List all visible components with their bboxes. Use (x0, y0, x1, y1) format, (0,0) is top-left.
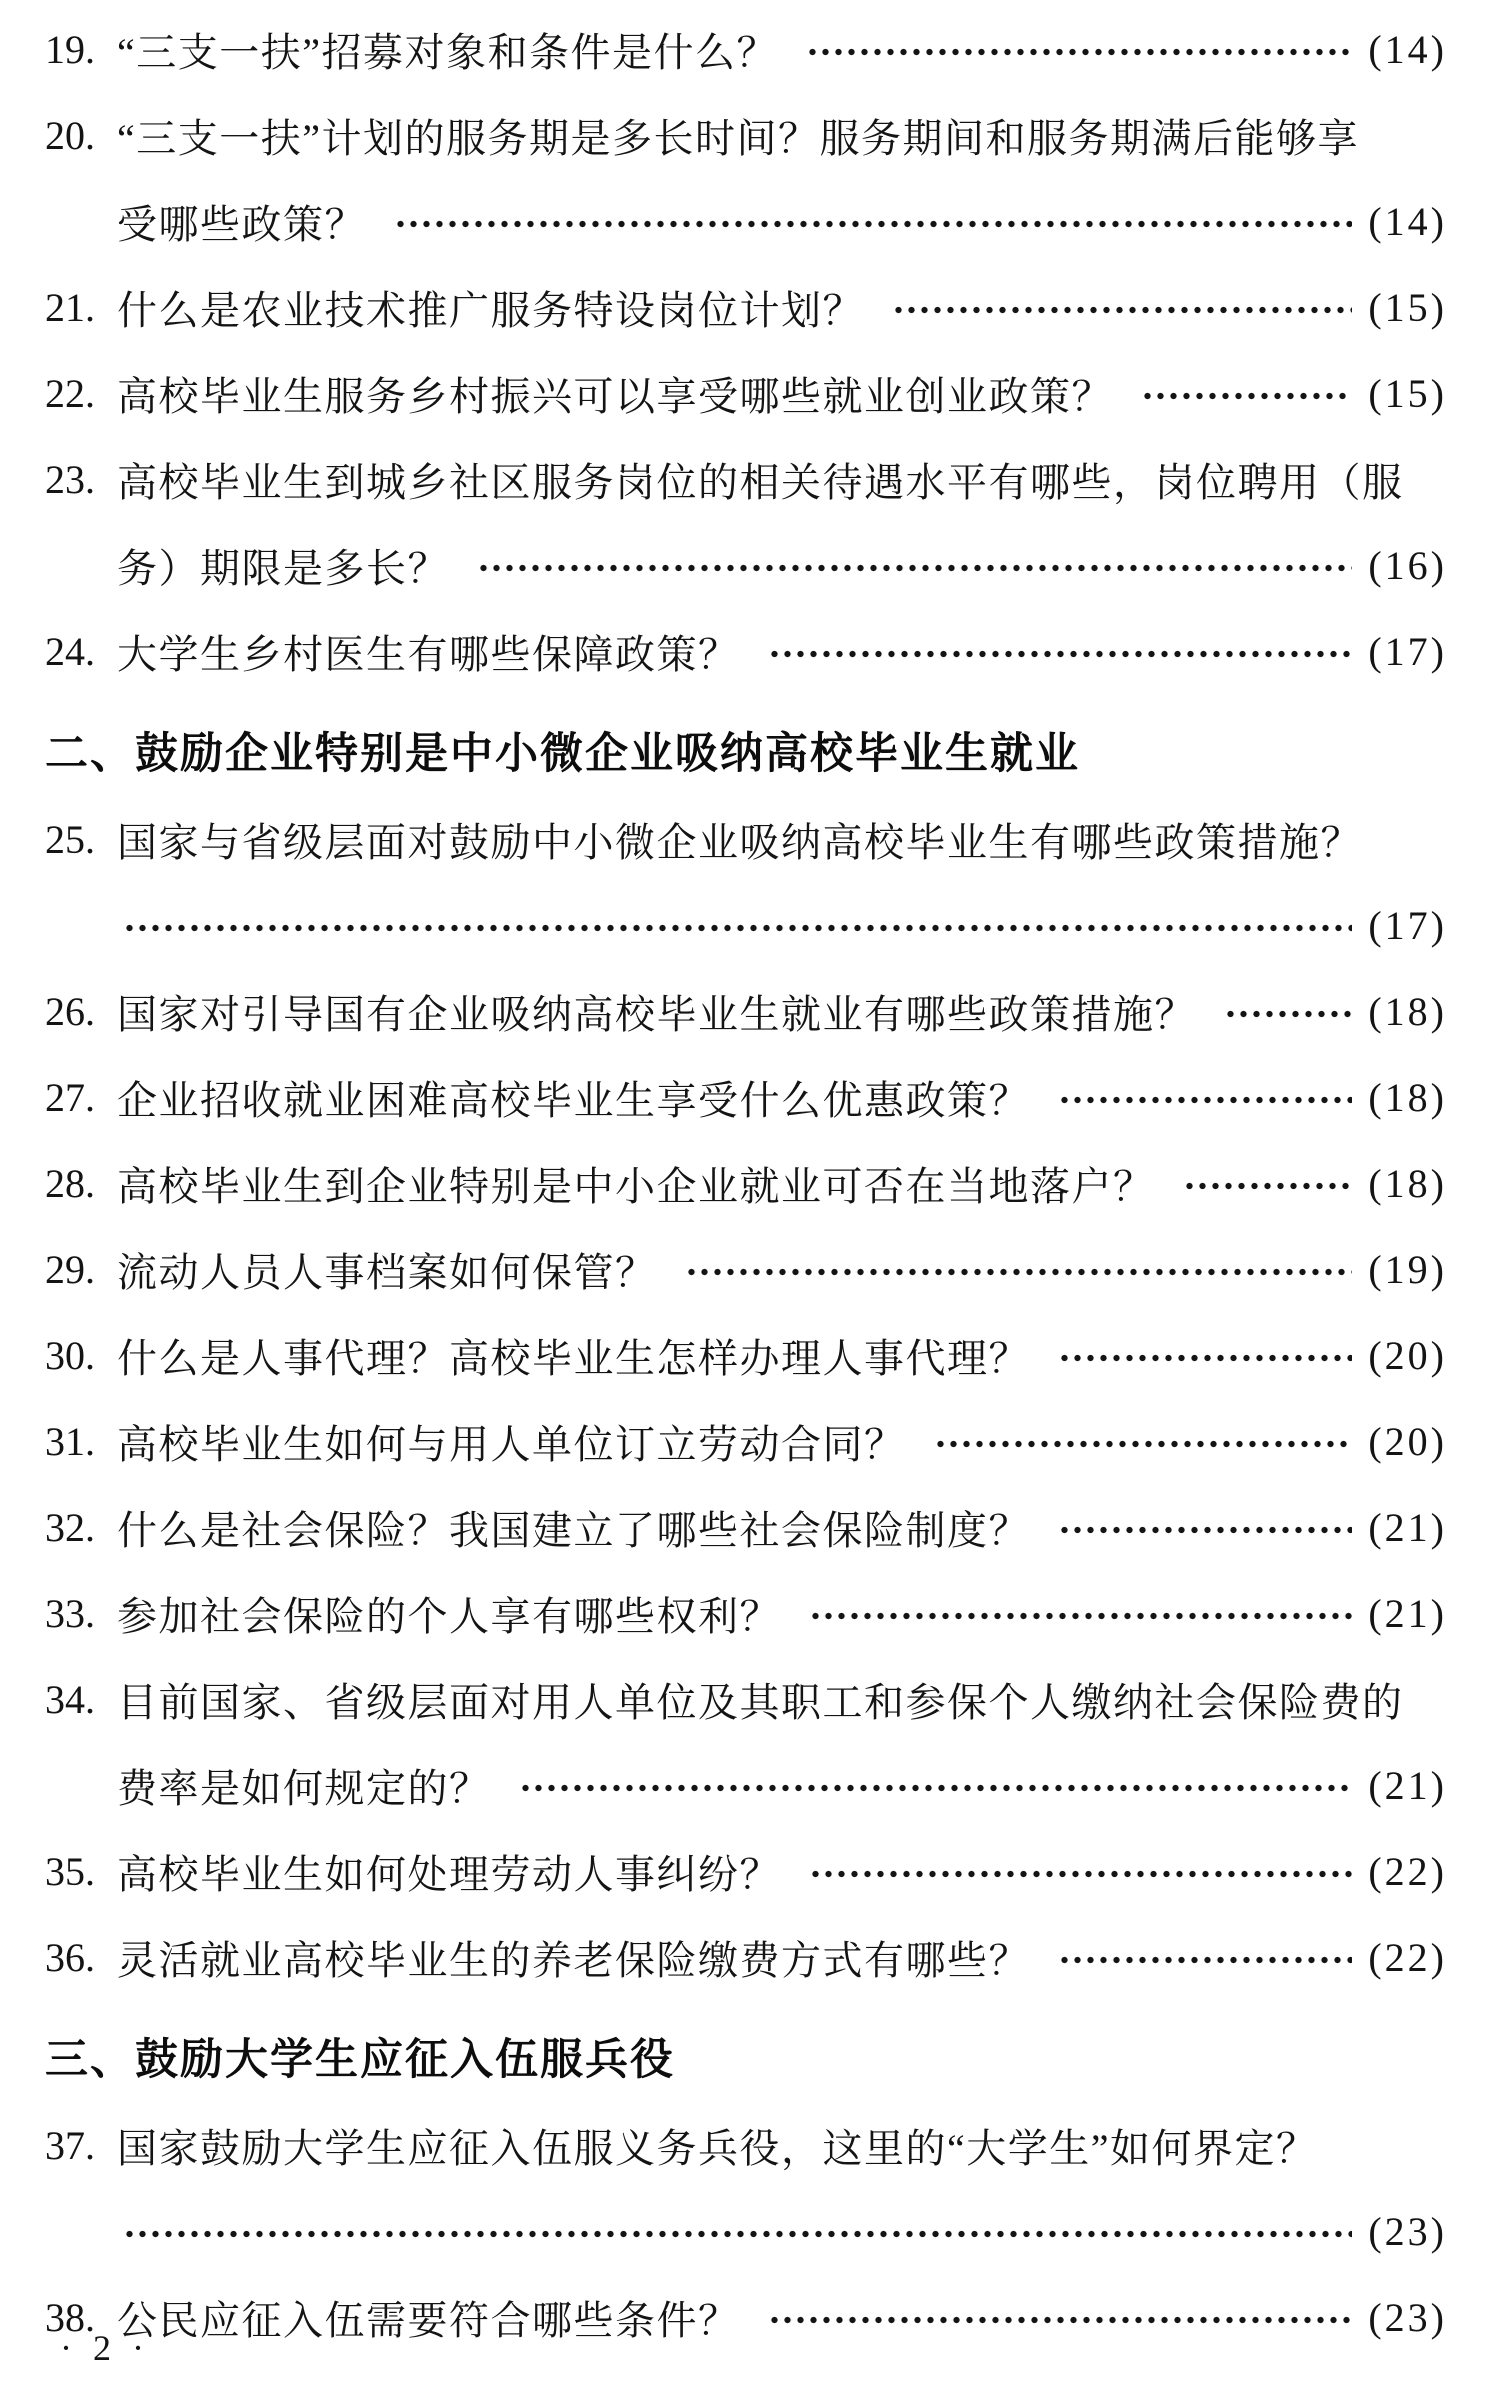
page-number: (20) (1368, 1332, 1447, 1379)
document-page: 19.“三支一扶”招募对象和条件是什么？(14)20.“三支一扶”计划的服务期是… (0, 0, 1499, 2395)
section-heading: 二、鼓励企业特别是中小微企业吸纳高校毕业生就业 (45, 694, 1447, 796)
entry-number: 30. (45, 1332, 117, 1379)
page-number: (15) (1368, 370, 1447, 417)
entry-text: 什么是社会保险？我国建立了哪些社会保险制度？ (117, 1499, 1030, 1556)
page-number: (23) (1368, 2294, 1447, 2341)
entry-text: 公民应征入伍需要符合哪些条件？ (117, 2289, 740, 2346)
toc-entry-row: 26.国家对引导国有企业吸纳高校毕业生就业有哪些政策措施？(18) (45, 968, 1447, 1054)
toc-entry-row: 35.高校毕业生如何处理劳动人事纠纷？(22) (45, 1828, 1447, 1914)
entry-text: 流动人员人事档案如何保管？ (117, 1241, 657, 1298)
entry-number: 23. (45, 456, 117, 503)
toc-entry-row: 33.参加社会保险的个人享有哪些权利？(21) (45, 1570, 1447, 1656)
entry-number: 21. (45, 284, 117, 331)
page-number: (18) (1368, 988, 1447, 1035)
entry-text: 参加社会保险的个人享有哪些权利？ (117, 1585, 781, 1642)
dot-leader (768, 649, 1353, 659)
toc-entry-row: 31.高校毕业生如何与用人单位订立劳动合同？(20) (45, 1398, 1447, 1484)
toc-entry-row: (23) (45, 2188, 1447, 2274)
dot-leader (806, 47, 1352, 57)
toc-entry-row: 28.高校毕业生到企业特别是中小企业就业可否在当地落户？(18) (45, 1140, 1447, 1226)
page-number: (15) (1368, 284, 1447, 331)
page-number: (18) (1368, 1074, 1447, 1121)
dot-leader (934, 1439, 1353, 1449)
toc-entry-row: 34.目前国家、省级层面对用人单位及其职工和参保个人缴纳社会保险费的 (45, 1656, 1447, 1742)
entry-text: 目前国家、省级层面对用人单位及其职工和参保个人缴纳社会保险费的 (117, 1671, 1404, 1728)
page-number: (14) (1368, 198, 1447, 245)
dot-leader (123, 923, 1352, 933)
toc-entry-row: 费率是如何规定的？(21) (45, 1742, 1447, 1828)
entry-number: 22. (45, 370, 117, 417)
page-number: (17) (1368, 628, 1447, 675)
dot-leader (892, 305, 1352, 315)
toc-entry-row: 25.国家与省级层面对鼓励中小微企业吸纳高校毕业生有哪些政策措施？ (45, 796, 1447, 882)
entry-number: 25. (45, 816, 117, 863)
dot-leader (123, 2229, 1352, 2239)
dot-leader (1058, 1095, 1352, 1105)
entry-text: “三支一扶”招募对象和条件是什么？ (117, 21, 778, 78)
dot-leader (1224, 1009, 1352, 1019)
dot-leader (1058, 1353, 1352, 1363)
dot-leader (394, 219, 1352, 229)
entry-number: 33. (45, 1590, 117, 1637)
page-footer: · 2 · (60, 2327, 150, 2369)
entry-number: 26. (45, 988, 117, 1035)
toc-entry-row: 24.大学生乡村医生有哪些保障政策？(17) (45, 608, 1447, 694)
page-number: (23) (1368, 2208, 1447, 2255)
dot-leader (768, 2315, 1353, 2325)
page-number: (14) (1368, 26, 1447, 73)
entry-text: 费率是如何规定的？ (117, 1757, 491, 1814)
toc-entry-row: 务）期限是多长？(16) (45, 522, 1447, 608)
entry-text: 大学生乡村医生有哪些保障政策？ (117, 623, 740, 680)
toc-entry-row: 22.高校毕业生服务乡村振兴可以享受哪些就业创业政策？(15) (45, 350, 1447, 436)
entry-text: 务）期限是多长？ (117, 537, 449, 594)
entry-number: 24. (45, 628, 117, 675)
toc-entry-row: 受哪些政策？(14) (45, 178, 1447, 264)
page-number: (17) (1368, 902, 1447, 949)
page-number: (21) (1368, 1590, 1447, 1637)
toc-entry-row: 37.国家鼓励大学生应征入伍服义务兵役，这里的“大学生”如何界定？ (45, 2102, 1447, 2188)
entry-number: 27. (45, 1074, 117, 1121)
page-number: (21) (1368, 1762, 1447, 1809)
toc-entry-row: 29.流动人员人事档案如何保管？(19) (45, 1226, 1447, 1312)
page-number: (20) (1368, 1418, 1447, 1465)
entry-text: 高校毕业生服务乡村振兴可以享受哪些就业创业政策？ (117, 365, 1113, 422)
entry-text: 国家对引导国有企业吸纳高校毕业生就业有哪些政策措施？ (117, 983, 1196, 1040)
entry-number: 37. (45, 2122, 117, 2169)
entry-text: 受哪些政策？ (117, 193, 366, 250)
page-number: (16) (1368, 542, 1447, 589)
entry-number: 31. (45, 1418, 117, 1465)
toc-entry-row: 23.高校毕业生到城乡社区服务岗位的相关待遇水平有哪些，岗位聘用（服 (45, 436, 1447, 522)
toc-entry-row: 21.什么是农业技术推广服务特设岗位计划？(15) (45, 264, 1447, 350)
dot-leader (809, 1611, 1352, 1621)
dot-leader (1183, 1181, 1353, 1191)
toc-entry-row: 30.什么是人事代理？高校毕业生怎样办理人事代理？(20) (45, 1312, 1447, 1398)
entry-text: 什么是人事代理？高校毕业生怎样办理人事代理？ (117, 1327, 1030, 1384)
entry-number: 34. (45, 1676, 117, 1723)
dot-leader (1141, 391, 1352, 401)
dot-leader (477, 563, 1352, 573)
toc-entry-row: 27.企业招收就业困难高校毕业生享受什么优惠政策？(18) (45, 1054, 1447, 1140)
entry-text: 高校毕业生到城乡社区服务岗位的相关待遇水平有哪些，岗位聘用（服 (117, 451, 1404, 508)
entry-number: 29. (45, 1246, 117, 1293)
entry-text: 高校毕业生到企业特别是中小企业就业可否在当地落户？ (117, 1155, 1155, 1212)
page-number: (19) (1368, 1246, 1447, 1293)
entry-number: 20. (45, 112, 117, 159)
toc-entry-row: 19.“三支一扶”招募对象和条件是什么？(14) (45, 6, 1447, 92)
entry-text: 国家鼓励大学生应征入伍服义务兵役，这里的“大学生”如何界定？ (117, 2117, 1318, 2174)
entry-text: 国家与省级层面对鼓励中小微企业吸纳高校毕业生有哪些政策措施？ (117, 811, 1362, 868)
section-heading: 三、鼓励大学生应征入伍服兵役 (45, 2000, 1447, 2102)
page-number: (22) (1368, 1848, 1447, 1895)
dot-leader (1058, 1525, 1352, 1535)
dot-leader (1058, 1955, 1352, 1965)
entry-number: 28. (45, 1160, 117, 1207)
entry-text: 什么是农业技术推广服务特设岗位计划？ (117, 279, 864, 336)
dot-leader (685, 1267, 1353, 1277)
dot-leader (519, 1783, 1353, 1793)
entry-number: 35. (45, 1848, 117, 1895)
entry-number: 19. (45, 26, 117, 73)
entry-text: 企业招收就业困难高校毕业生享受什么优惠政策？ (117, 1069, 1030, 1126)
entry-text: 灵活就业高校毕业生的养老保险缴费方式有哪些？ (117, 1929, 1030, 1986)
dot-leader (809, 1869, 1352, 1879)
entry-number: 36. (45, 1934, 117, 1981)
toc-entry-row: 20.“三支一扶”计划的服务期是多长时间？服务期间和服务期满后能够享 (45, 92, 1447, 178)
page-number: (22) (1368, 1934, 1447, 1981)
entry-text: 高校毕业生如何与用人单位订立劳动合同？ (117, 1413, 906, 1470)
page-number: (18) (1368, 1160, 1447, 1207)
entry-text: “三支一扶”计划的服务期是多长时间？服务期间和服务期满后能够享 (117, 107, 1359, 164)
entry-text: 高校毕业生如何处理劳动人事纠纷？ (117, 1843, 781, 1900)
toc-list: 19.“三支一扶”招募对象和条件是什么？(14)20.“三支一扶”计划的服务期是… (45, 6, 1447, 2360)
toc-entry-row: 36.灵活就业高校毕业生的养老保险缴费方式有哪些？(22) (45, 1914, 1447, 2000)
toc-entry-row: (17) (45, 882, 1447, 968)
toc-entry-row: 38.公民应征入伍需要符合哪些条件？(23) (45, 2274, 1447, 2360)
entry-number: 32. (45, 1504, 117, 1551)
page-number: (21) (1368, 1504, 1447, 1551)
toc-entry-row: 32.什么是社会保险？我国建立了哪些社会保险制度？(21) (45, 1484, 1447, 1570)
